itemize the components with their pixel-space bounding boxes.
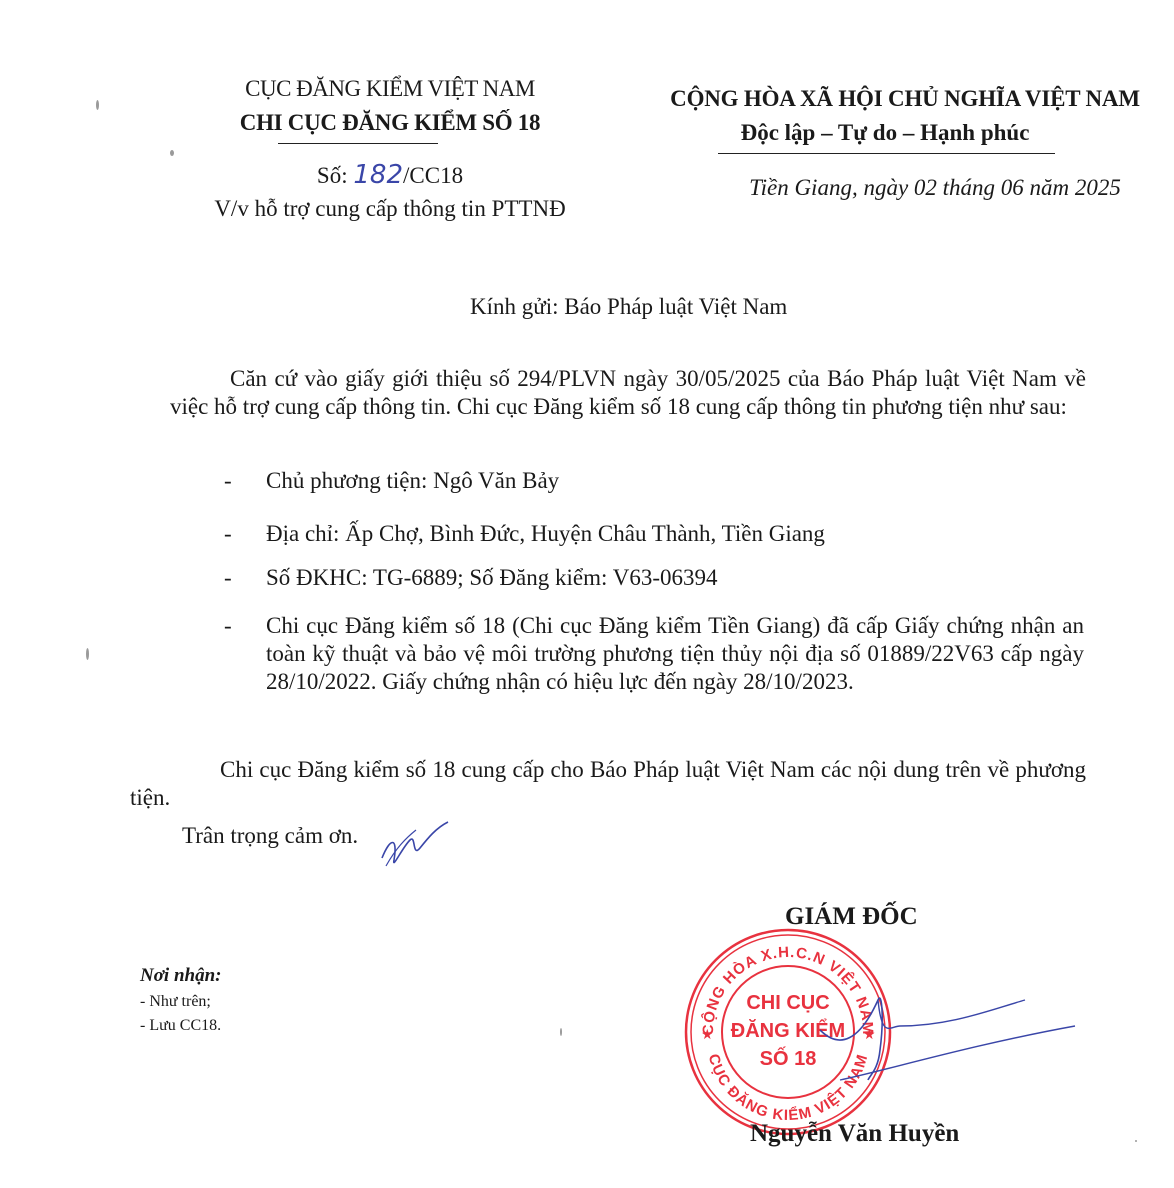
agency-underline — [278, 143, 438, 144]
recipient-item: - Lưu CC18. — [140, 1017, 221, 1035]
seal-star-left: ★ — [701, 1027, 714, 1043]
place-date: Tiền Giang, ngày 02 tháng 06 năm 2025 — [700, 175, 1170, 201]
scan-speck — [1135, 1140, 1137, 1142]
bullet-marker: - — [224, 564, 232, 592]
conclusion-paragraph: Chi cục Đăng kiểm số 18 cung cấp cho Báo… — [130, 756, 1086, 812]
list-item: - Chủ phương tiện: Ngô Văn Bảy — [224, 467, 1084, 495]
closing-thanks: Trân trọng cảm ơn. — [182, 823, 358, 849]
agency-name: CHI CỤC ĐĂNG KIỂM SỐ 18 — [200, 110, 580, 136]
document-subject: V/v hỗ trợ cung cấp thông tin PTTNĐ — [160, 196, 620, 222]
document-number-handwritten: 182 — [353, 160, 403, 190]
scan-speck — [560, 1028, 562, 1036]
initial-signature-icon — [372, 818, 452, 878]
motto-underline — [718, 153, 1055, 154]
bullet-marker: - — [224, 612, 232, 640]
basis-paragraph: Căn cứ vào giấy giới thiệu số 294/PLVN n… — [170, 365, 1086, 421]
recipients-title: Nơi nhận: — [140, 965, 221, 987]
list-item: - Số ĐKHC: TG-6889; Số Đăng kiểm: V63-06… — [224, 564, 1084, 592]
nation-title: CỘNG HÒA XÃ HỘI CHỦ NGHĨA VIỆT NAM — [630, 86, 1174, 112]
scan-speck — [86, 648, 89, 660]
document-number-suffix: /CC18 — [403, 163, 463, 188]
scan-speck — [170, 150, 174, 156]
recipient-item: - Như trên; — [140, 993, 211, 1011]
recipient-line: Kính gửi: Báo Pháp luật Việt Nam — [470, 294, 787, 320]
document-number: Số: 182/CC18 — [200, 160, 580, 190]
list-item: - Chi cục Đăng kiểm số 18 (Chi cục Đăng … — [224, 612, 1084, 696]
certificate-details: Chi cục Đăng kiểm số 18 (Chi cục Đăng ki… — [266, 612, 1084, 696]
bullet-marker: - — [224, 520, 232, 548]
registration-numbers: Số ĐKHC: TG-6889; Số Đăng kiểm: V63-0639… — [266, 564, 1084, 592]
document-number-label: Số: — [317, 163, 348, 188]
bullet-marker: - — [224, 467, 232, 495]
vehicle-owner: Chủ phương tiện: Ngô Văn Bảy — [266, 467, 1084, 495]
nation-motto: Độc lập – Tự do – Hạnh phúc — [630, 120, 1140, 146]
agency-parent-name: CỤC ĐĂNG KIỂM VIỆT NAM — [200, 76, 580, 102]
seal-center-line-3: SỐ 18 — [760, 1046, 817, 1070]
seal-center-line-1: CHI CỤC — [746, 992, 829, 1014]
signatory-name: Nguyễn Văn Huyền — [750, 1120, 959, 1148]
list-item: - Địa chỉ: Ấp Chợ, Bình Đức, Huyện Châu … — [224, 520, 1084, 548]
scan-speck — [96, 100, 99, 110]
owner-address: Địa chỉ: Ấp Chợ, Bình Đức, Huyện Châu Th… — [266, 520, 1084, 548]
handwritten-signature-icon — [820, 980, 1080, 1090]
